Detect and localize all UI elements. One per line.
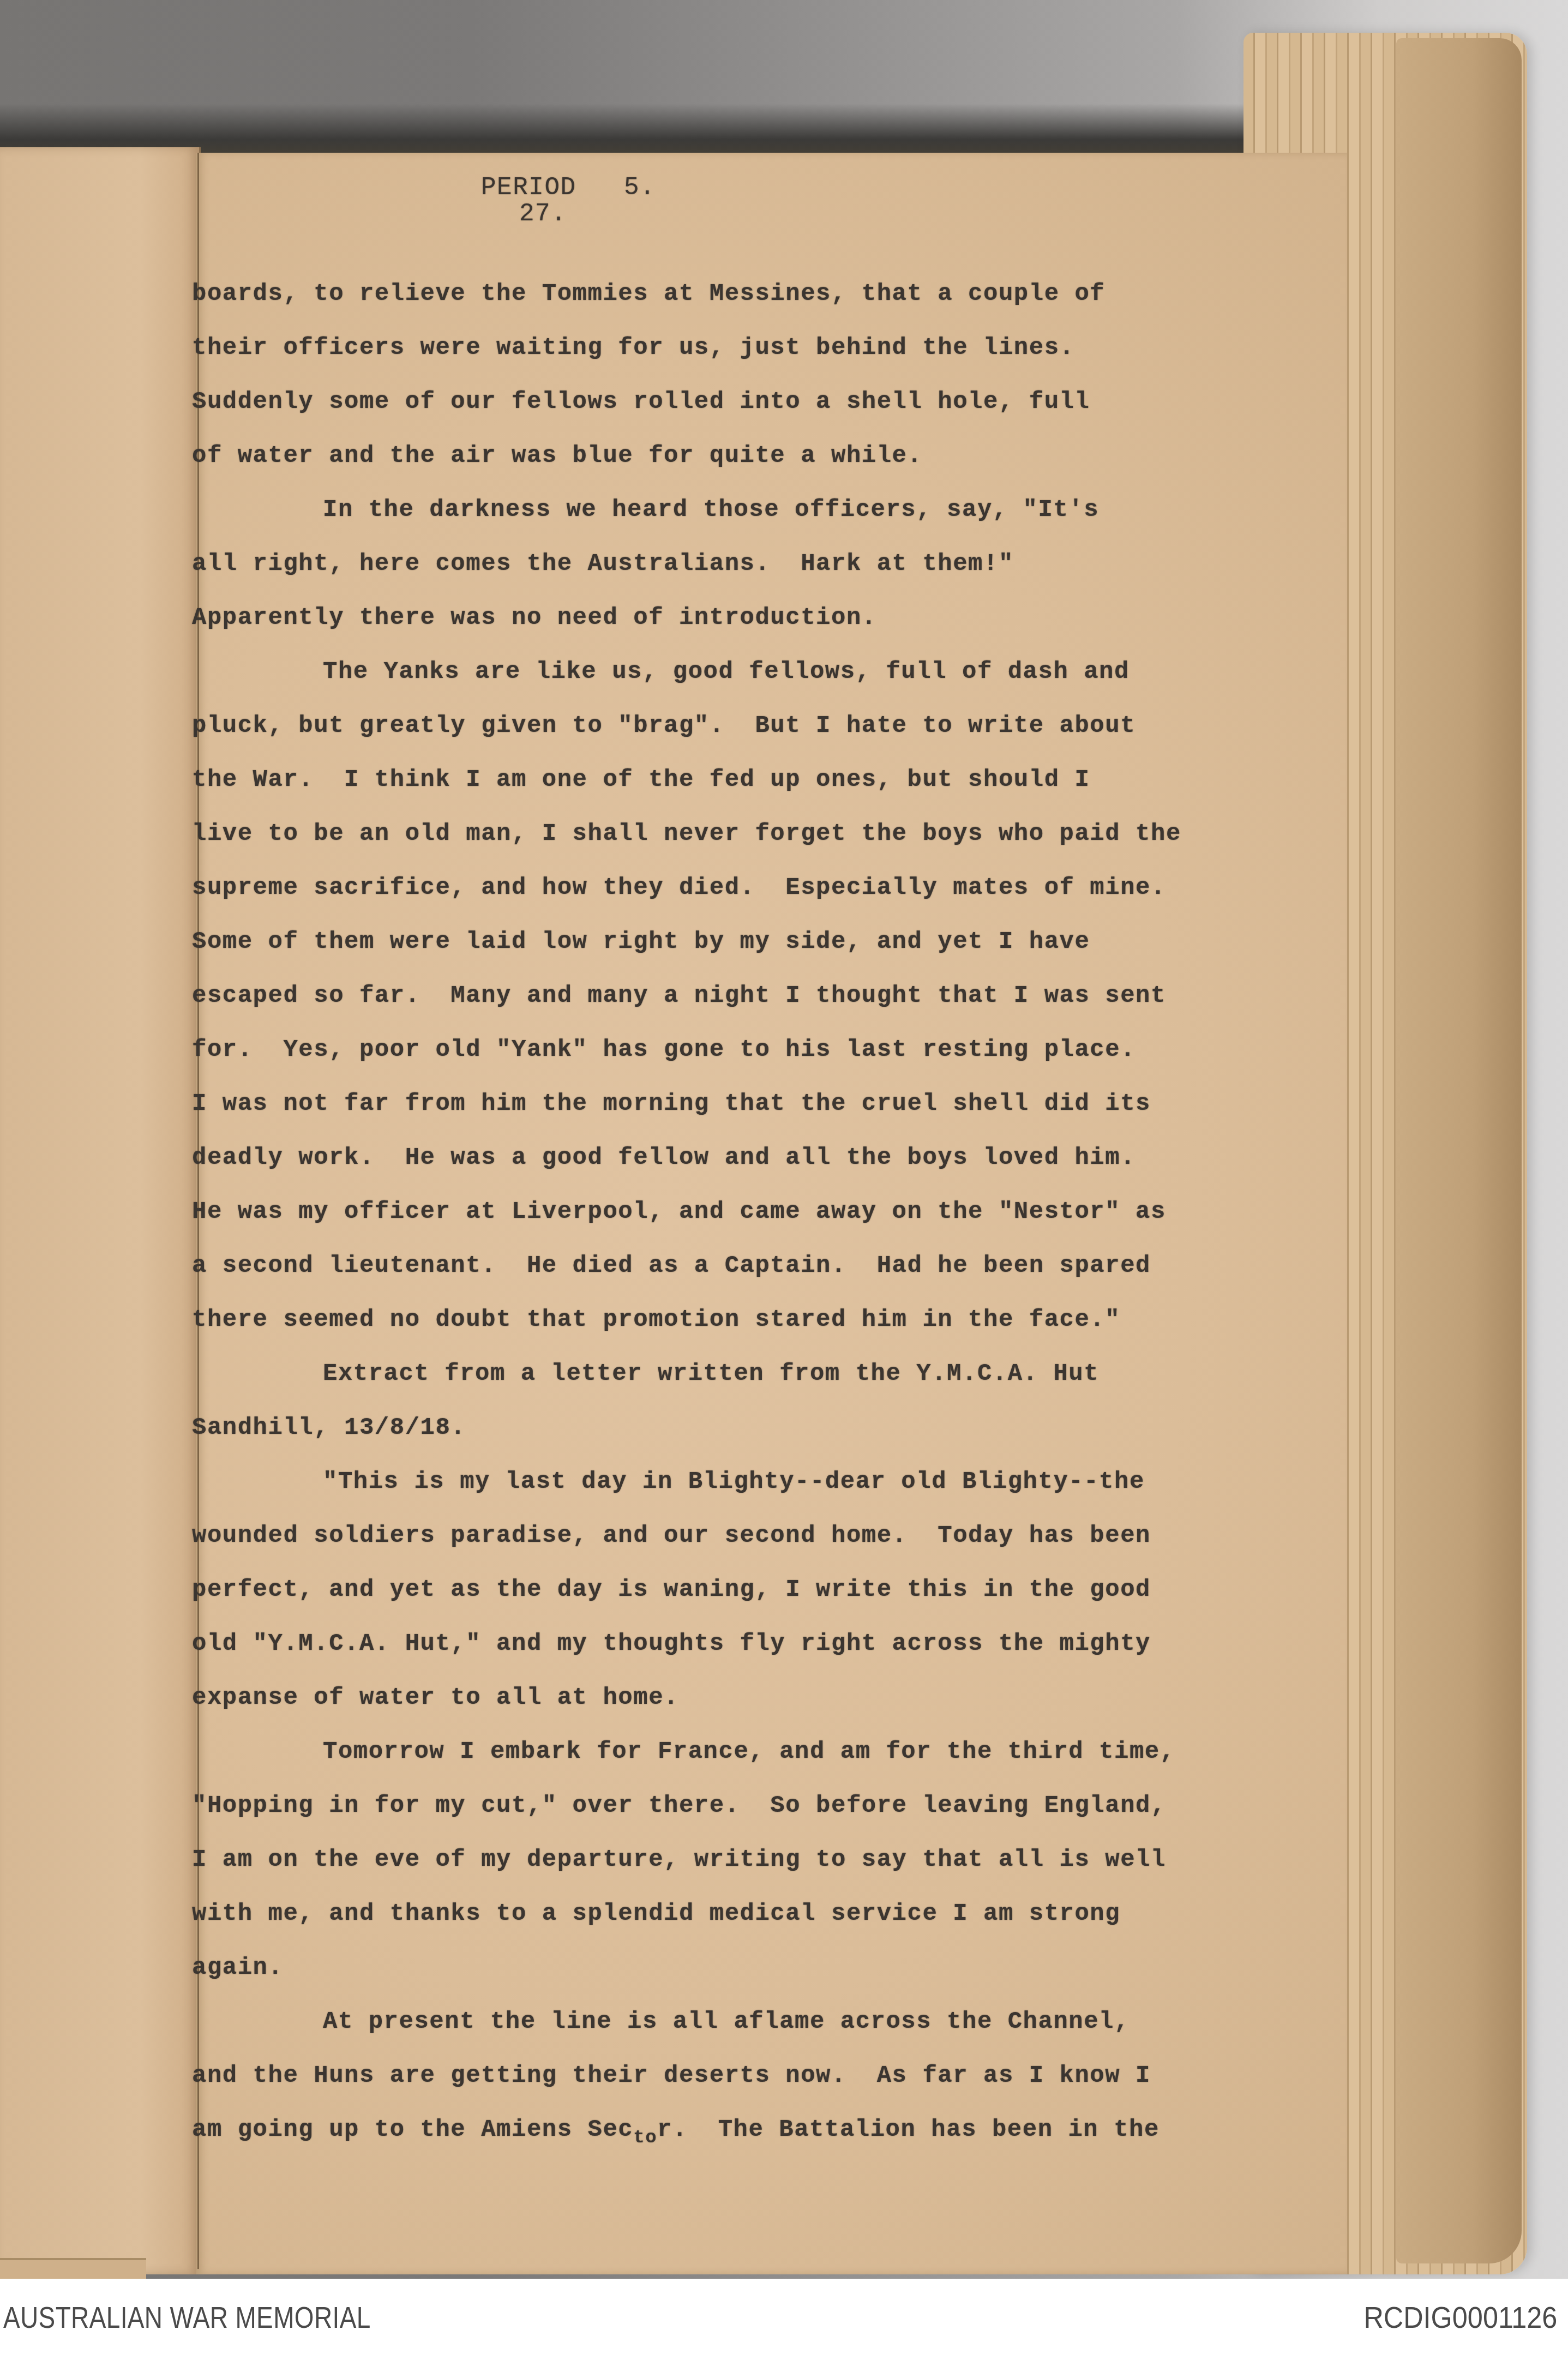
text-line: a second lieutenant. He died as a Captai… (192, 1239, 1315, 1293)
text-line: escaped so far. Many and many a night I … (192, 969, 1315, 1023)
page-number: 27. (481, 201, 656, 227)
text-line: Some of them were laid low right by my s… (192, 915, 1315, 969)
text-line: their officers were waiting for us, just… (192, 321, 1315, 375)
book-back-cover (1396, 38, 1522, 2263)
text-line: Suddenly some of our fellows rolled into… (192, 375, 1315, 429)
text-line: wounded soldiers paradise, and our secon… (192, 1509, 1315, 1563)
text-line: Extract from a letter written from the Y… (192, 1347, 1315, 1401)
page-header: PERIOD 5. 27. (481, 175, 656, 227)
period-heading: PERIOD 5. (481, 175, 656, 201)
left-page (0, 147, 201, 2274)
text-line: old "Y.M.C.A. Hut," and my thoughts fly … (192, 1617, 1315, 1671)
archive-footer: AUSTRALIAN WAR MEMORIAL RCDIG0001126 (0, 2279, 1568, 2366)
text-fragment: r. The Battalion has been in the (657, 2116, 1160, 2143)
text-line: perfect, and yet as the day is waning, I… (192, 1563, 1315, 1617)
text-line: deadly work. He was a good fellow and al… (192, 1131, 1315, 1185)
body-text: boards, to relieve the Tommies at Messin… (192, 267, 1315, 2157)
text-line: expanse of water to all at home. (192, 1671, 1315, 1725)
text-line: In the darkness we heard those officers,… (192, 483, 1315, 537)
text-line: He was my officer at Liverpool, and came… (192, 1185, 1315, 1239)
institution-label: AUSTRALIAN WAR MEMORIAL (3, 2299, 371, 2335)
text-fragment: am going up to the Amiens Sec (192, 2116, 633, 2143)
text-line: I was not far from him the morning that … (192, 1077, 1315, 1131)
text-line: Sandhill, 13/8/18. (192, 1401, 1315, 1455)
period-number: 5. (624, 173, 656, 202)
text-line: Tomorrow I embark for France, and am for… (192, 1725, 1315, 1779)
text-line: "This is my last day in Blighty--dear ol… (192, 1455, 1315, 1509)
text-line: At present the line is all aflame across… (192, 1995, 1315, 2049)
reference-id: RCDIG0001126 (1363, 2299, 1557, 2335)
text-line: the War. I think I am one of the fed up … (192, 753, 1315, 807)
text-line: Apparently there was no need of introduc… (192, 591, 1315, 645)
text-line: of water and the air was blue for quite … (192, 429, 1315, 483)
text-line: all right, here comes the Australians. H… (192, 537, 1315, 591)
text-line: with me, and thanks to a splendid medica… (192, 1887, 1315, 1941)
text-line: live to be an old man, I shall never for… (192, 807, 1315, 861)
text-line: and the Huns are getting their deserts n… (192, 2049, 1315, 2103)
text-line: The Yanks are like us, good fellows, ful… (192, 645, 1315, 699)
text-line: boards, to relieve the Tommies at Messin… (192, 267, 1315, 321)
text-line-last: am going up to the Amiens Sector. The Ba… (192, 2103, 1315, 2157)
text-line: again. (192, 1941, 1315, 1995)
period-title: PERIOD (481, 173, 576, 202)
text-line: for. Yes, poor old "Yank" has gone to hi… (192, 1023, 1315, 1077)
text-line: there seemed no doubt that promotion sta… (192, 1293, 1315, 1347)
text-line: I am on the eve of my departure, writing… (192, 1833, 1315, 1887)
text-line: "Hopping in for my cut," over there. So … (192, 1779, 1315, 1833)
text-line: pluck, but greatly given to "brag". But … (192, 699, 1315, 753)
text-line: supreme sacrifice, and how they died. Es… (192, 861, 1315, 915)
misaligned-typed-fragment: to (633, 2128, 657, 2148)
